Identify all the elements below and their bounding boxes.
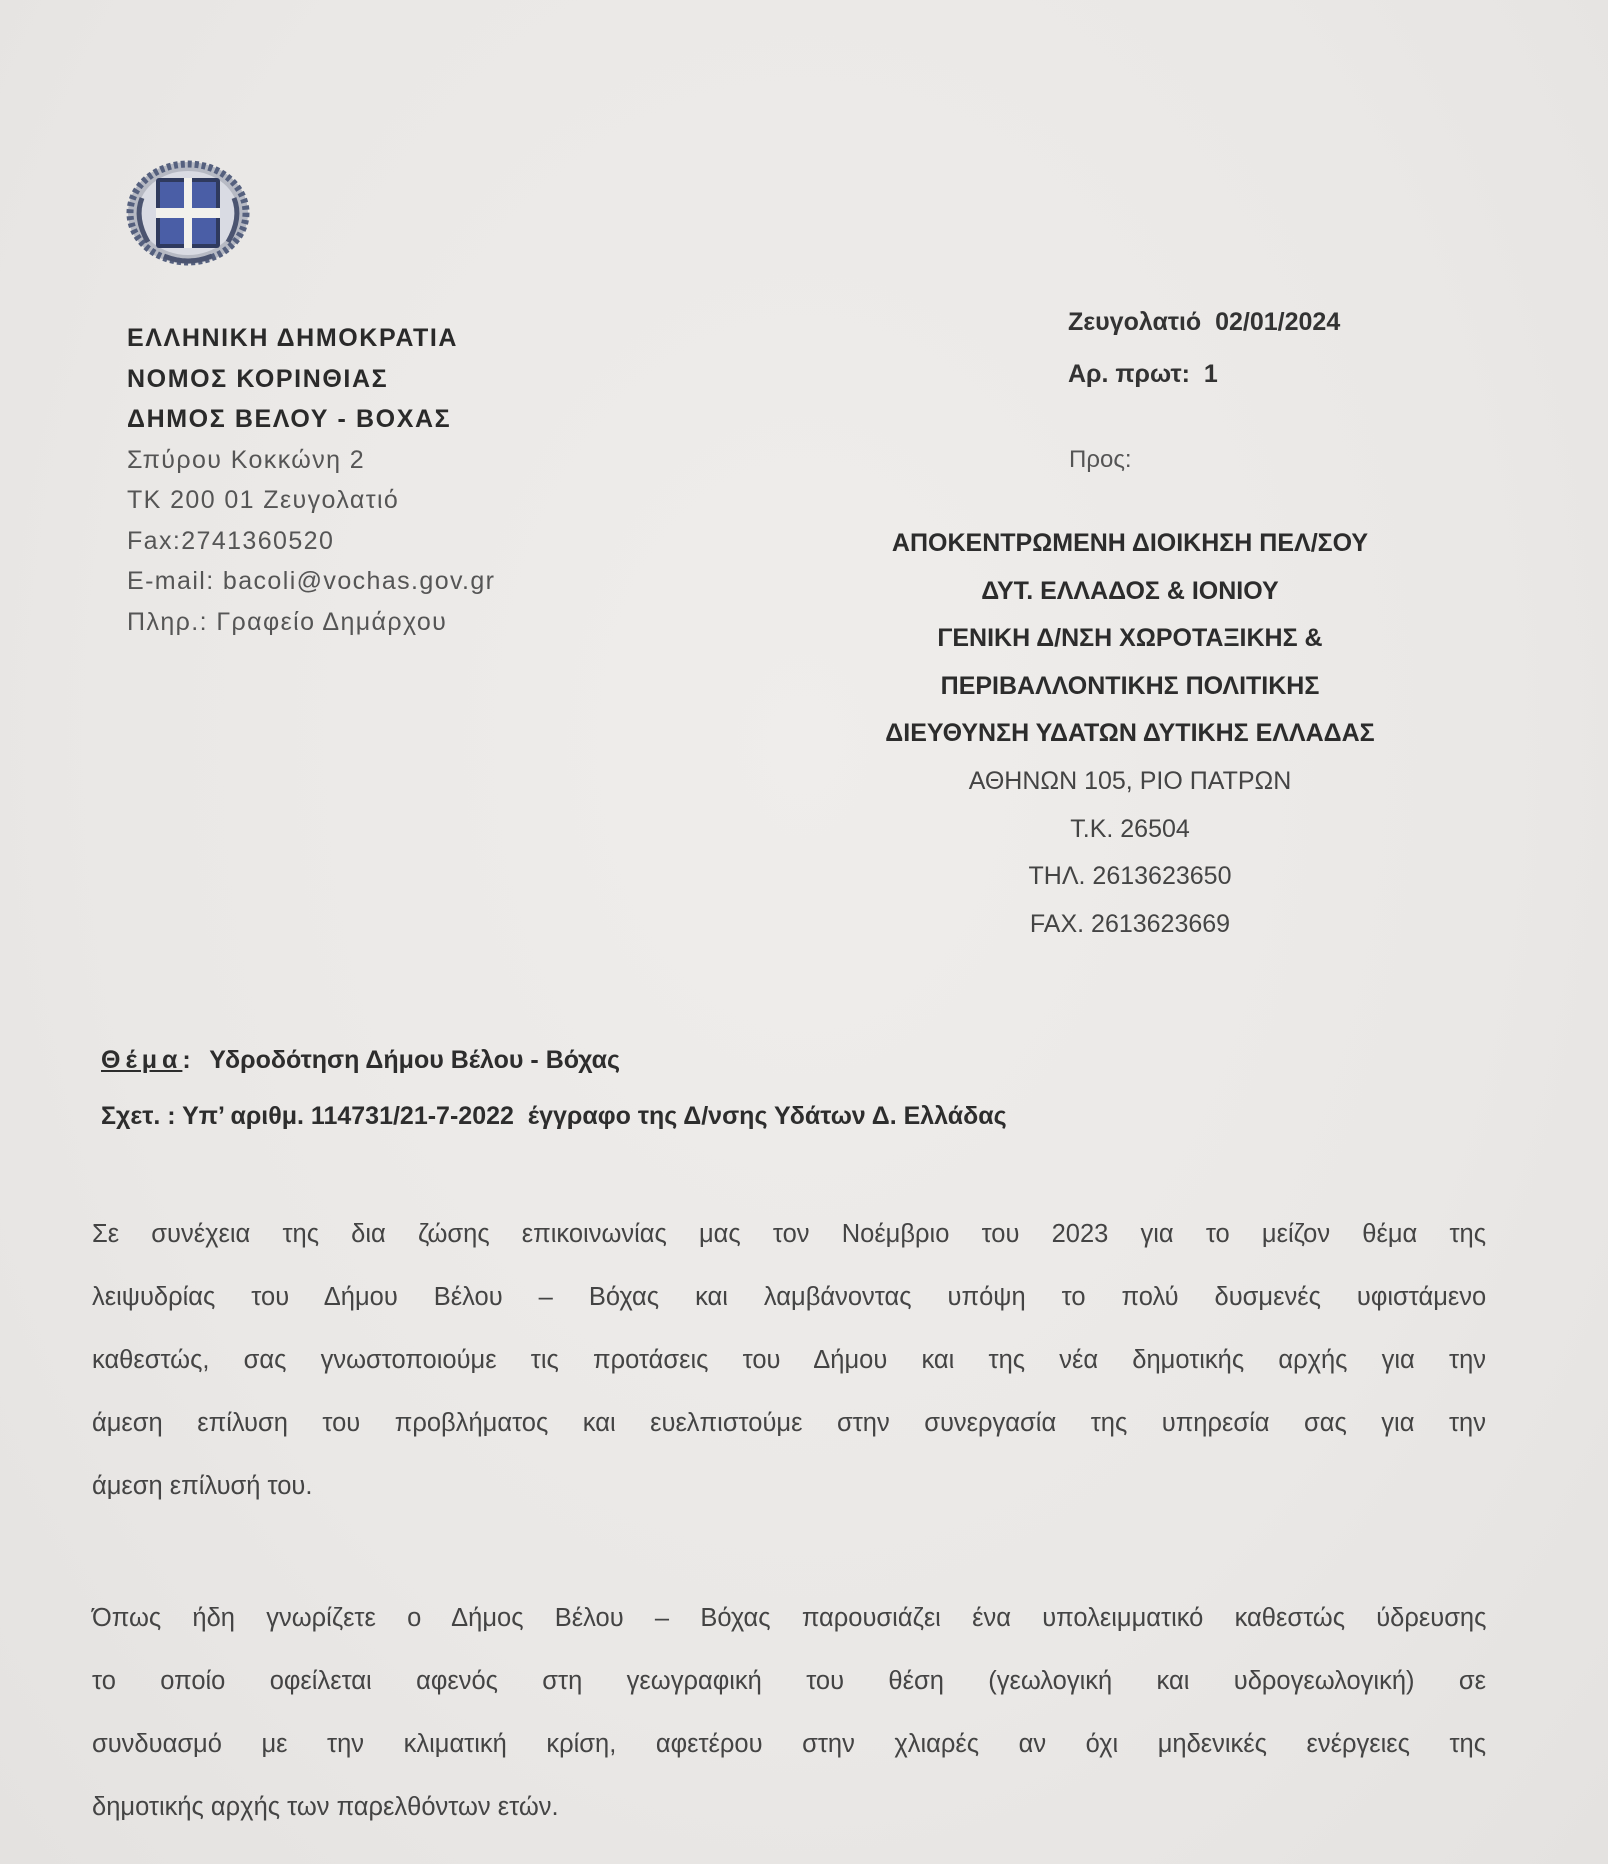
subject-colon: : [182,1046,190,1074]
body-paragraph-1: Σε συνέχεια της δια ζώσης επικοινωνίας μ… [92,1203,1486,1518]
subject-line: Θέμα: Υδροδότηση Δήμου Βέλου - Βόχας [101,1032,1007,1088]
subject-reference: Σχετ. : Υπ’ αριθμ. 114731/21-7-2022 έγγρ… [101,1088,1007,1144]
sender-email: E-mail: bacoli@vochas.gov.gr [127,561,495,602]
recipient-line: ΔΙΕΥΘΥΝΣΗ ΥΔΑΤΩΝ ΔΥΤΙΚΗΣ ΕΛΛΑΔΑΣ [830,710,1430,758]
recipient-block: ΑΠΟΚΕΝΤΡΩΜΕΝΗ ΔΙΟΙΚΗΣΗ ΠΕΛ/ΣΟΥ ΔΥΤ. ΕΛΛΑ… [830,520,1430,948]
sender-block: ΕΛΛΗΝΙΚΗ ΔΗΜΟΚΡΑΤΙΑ ΝΟΜΟΣ ΚΟΡΙΝΘΙΑΣ ΔΗΜΟ… [127,318,495,642]
recipient-phone: ΤΗΛ. 2613623650 [830,853,1430,901]
sender-country: ΕΛΛΗΝΙΚΗ ΔΗΜΟΚΡΑΤΙΑ [127,318,495,359]
letter-page: ΕΛΛΗΝΙΚΗ ΔΗΜΟΚΡΑΤΙΑ ΝΟΜΟΣ ΚΟΡΙΝΘΙΑΣ ΔΗΜΟ… [0,0,1608,1864]
paragraph-line: άμεση επίλυσή του. [92,1455,1486,1518]
subject-label: Θέμα [101,1046,182,1074]
recipient-address: ΑΘΗΝΩΝ 105, ΡΙΟ ΠΑΤΡΩΝ [830,758,1430,806]
paragraph-line: συνδυασμό με την κλιματική κρίση, αφετέρ… [92,1713,1486,1776]
recipient-line: ΑΠΟΚΕΝΤΡΩΜΕΝΗ ΔΙΟΙΚΗΣΗ ΠΕΛ/ΣΟΥ [830,520,1430,568]
paragraph-line: λειψυδρίας του Δήμου Βέλου – Βόχας και λ… [92,1266,1486,1329]
recipient-line: ΔΥΤ. ΕΛΛΑΔΟΣ & ΙΟΝΙΟΥ [830,568,1430,616]
paragraph-line: Σε συνέχεια της δια ζώσης επικοινωνίας μ… [92,1203,1486,1266]
recipient-line: ΠΕΡΙΒΑΛΛΟΝΤΙΚΗΣ ΠΟΛΙΤΙΚΗΣ [830,663,1430,711]
sender-prefecture: ΝΟΜΟΣ ΚΟΡΙΝΘΙΑΣ [127,359,495,400]
paragraph-line: Όπως ήδη γνωρίζετε ο Δήμος Βέλου – Βόχας… [92,1587,1486,1650]
greek-coat-of-arms-icon [124,158,252,268]
subject-text: Υδροδότηση Δήμου Βέλου - Βόχας [209,1046,620,1074]
place-date: Ζευγολατιό 02/01/2024 [1068,296,1340,348]
paragraph-line: δημοτικής αρχής των παρελθόντων ετών. [92,1776,1486,1839]
paragraph-line: άμεση επίλυση του προβλήματος και ευελπι… [92,1392,1486,1455]
body-paragraph-2: Όπως ήδη γνωρίζετε ο Δήμος Βέλου – Βόχας… [92,1587,1486,1839]
protocol-number: Αρ. πρωτ: 1 [1068,348,1340,400]
recipient-fax: FAX. 2613623669 [830,901,1430,949]
sender-postal: ΤΚ 200 01 Ζευγολατιό [127,480,495,521]
paragraph-line: το οποίο οφείλεται αφενός στη γεωγραφική… [92,1650,1486,1713]
sender-info: Πληρ.: Γραφείο Δημάρχου [127,602,495,643]
recipient-line: ΓΕΝΙΚΗ Δ/ΝΣΗ ΧΩΡΟΤΑΞΙΚΗΣ & [830,615,1430,663]
subject-block: Θέμα: Υδροδότηση Δήμου Βέλου - Βόχας Σχε… [101,1032,1007,1144]
recipient-label: Προς: [1069,446,1132,474]
recipient-postal: Τ.Κ. 26504 [830,806,1430,854]
letter-meta: Ζευγολατιό 02/01/2024 Αρ. πρωτ: 1 [1068,296,1340,400]
sender-address: Σπύρου Κοκκώνη 2 [127,440,495,481]
sender-fax: Fax:2741360520 [127,521,495,562]
paragraph-line: καθεστώς, σας γνωστοποιούμε τις προτάσει… [92,1329,1486,1392]
sender-municipality: ΔΗΜΟΣ ΒΕΛΟΥ - ΒΟΧΑΣ [127,399,495,440]
